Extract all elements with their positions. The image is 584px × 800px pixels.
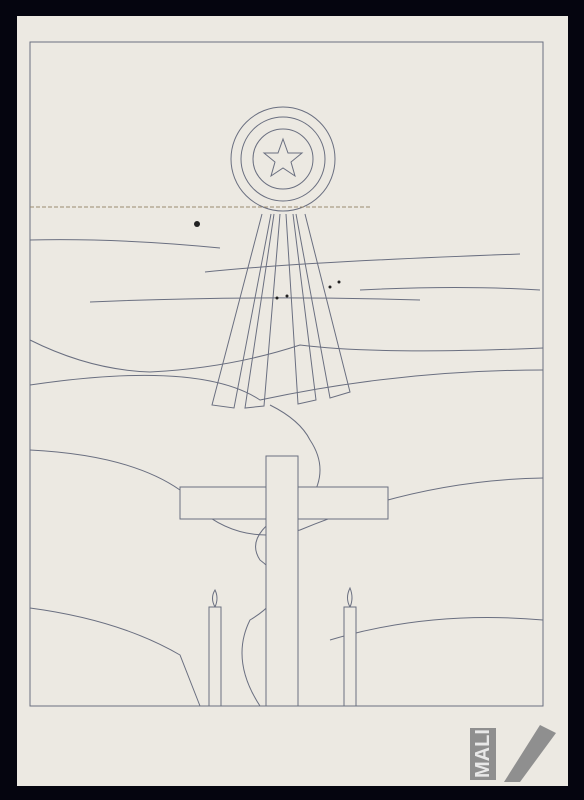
watermark-logo (504, 725, 556, 782)
light-rays (212, 214, 350, 408)
drawing (0, 0, 584, 800)
clouds (30, 240, 540, 302)
star-emblem (231, 107, 335, 211)
watermark: MALI (470, 728, 496, 780)
